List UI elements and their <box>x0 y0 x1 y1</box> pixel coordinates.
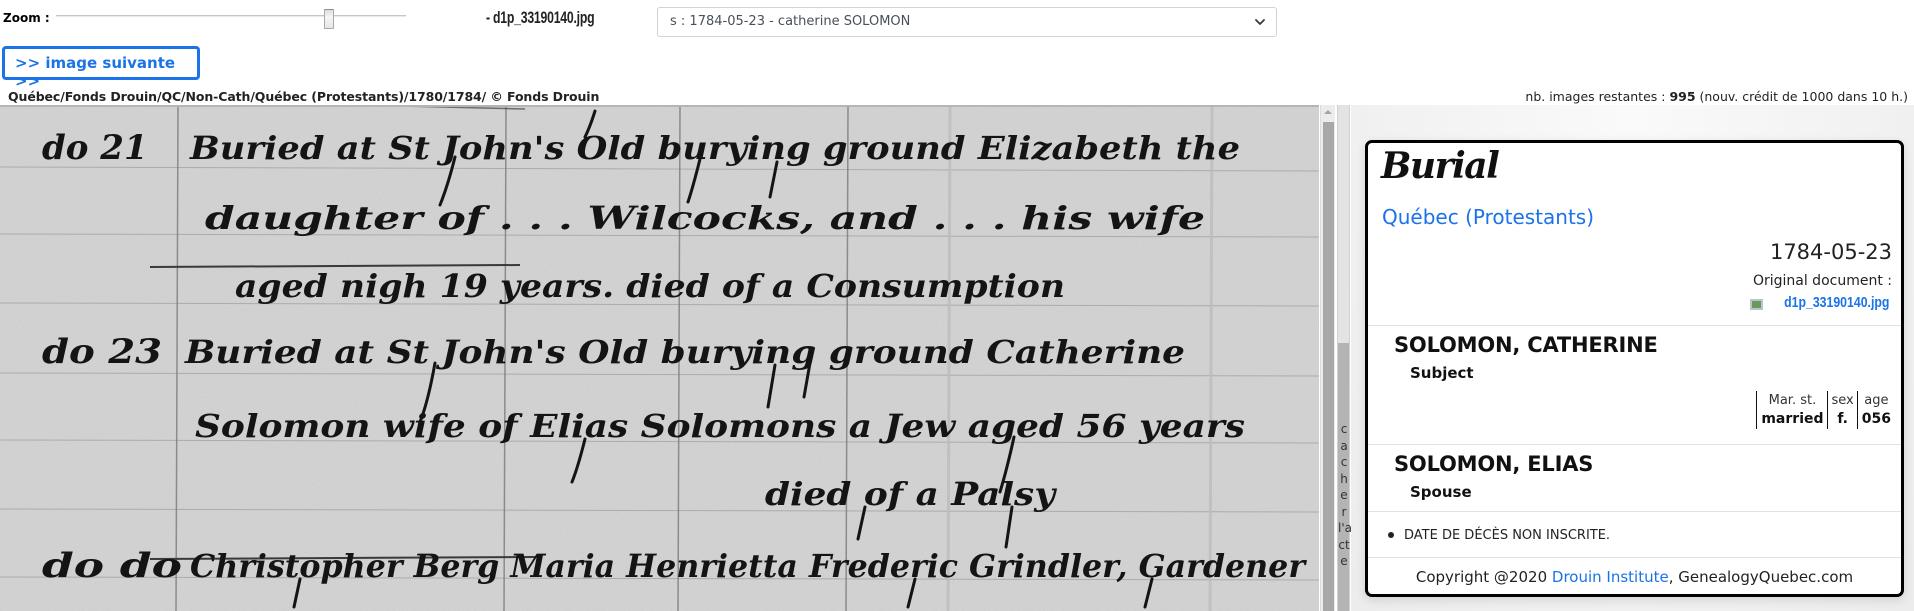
handwriting-line: aged nigh 19 years. died of a Consumptio… <box>235 267 1065 305</box>
note-text: DATE DE DÉCÈS NON INSCRITE. <box>1404 528 1610 543</box>
credits-remaining-count: 995 <box>1669 89 1695 104</box>
scroll-up-arrow-icon[interactable] <box>1324 110 1332 114</box>
copyright-prefix: Copyright @2020 <box>1416 568 1552 586</box>
handwriting-line: Buried at St John's Old burying ground E… <box>189 129 1240 167</box>
scanned-register-image: do 21 Buried at St John's Old burying gr… <box>0 107 1319 611</box>
record-select-value: s : 1784-05-23 - catherine SOLOMON <box>670 14 910 29</box>
credits-prefix: nb. images restantes : <box>1525 89 1669 104</box>
handwriting-margin: do do <box>42 546 182 586</box>
original-document-link[interactable]: d1p_33190140.jpg <box>1784 294 1889 311</box>
divider <box>1368 444 1901 445</box>
divider <box>1368 325 1901 326</box>
scrollbar-thumb[interactable] <box>1323 122 1334 611</box>
hide-act-toggle[interactable]: cacher l'acte <box>1337 105 1350 611</box>
handwriting-line: died of a Palsy <box>765 475 1058 513</box>
handwriting-line: daughter of . . . Wilcocks, and . . . hi… <box>205 199 1205 237</box>
hide-act-label: cacher l'acte <box>1338 421 1350 570</box>
age-value: 056 <box>1857 408 1894 429</box>
spouse-role: Spouse <box>1410 483 1472 501</box>
divider <box>1368 511 1901 512</box>
breadcrumb: Québec/Fonds Drouin/QC/Non-Cath/Québec (… <box>8 89 599 104</box>
image-vertical-scrollbar[interactable] <box>1320 105 1335 611</box>
act-date: 1784-05-23 <box>1770 240 1892 264</box>
handwriting-margin: do 23 <box>42 332 162 372</box>
subject-role: Subject <box>1410 364 1474 382</box>
age-header: age <box>1857 391 1894 408</box>
handwriting-line: Buried at St John's Old burying ground C… <box>184 333 1185 371</box>
zoom-slider[interactable] <box>56 9 406 29</box>
zoom-slider-track[interactable] <box>56 15 406 17</box>
sex-value: f. <box>1827 408 1857 429</box>
handwriting-line: Solomon wife of Elias Solomons a Jew age… <box>195 407 1245 445</box>
handwriting-line: Christopher Berg Maria Henrietta Frederi… <box>190 547 1307 585</box>
zoom-label: Zoom : <box>3 11 50 25</box>
zoom-slider-thumb[interactable] <box>324 9 334 29</box>
original-document-label: Original document : <box>1753 273 1892 289</box>
copyright-suffix: , GenealogyQuebec.com <box>1669 568 1853 586</box>
marital-status-header: Mar. st. <box>1757 391 1827 408</box>
spouse-name: SOLOMON, ELIAS <box>1394 452 1593 476</box>
divider <box>1368 557 1901 558</box>
subject-name: SOLOMON, CATHERINE <box>1394 333 1658 357</box>
copyright-footer: Copyright @2020 Drouin Institute, Geneal… <box>1368 568 1901 586</box>
credits-suffix: (nouv. crédit de 1000 dans 10 h.) <box>1696 89 1908 104</box>
remaining-credits: nb. images restantes : 995 (nouv. crédit… <box>1525 89 1908 104</box>
note-item: DATE DE DÉCÈS NON INSCRITE. <box>1388 528 1610 543</box>
parish-link[interactable]: Québec (Protestants) <box>1382 205 1594 229</box>
image-file-icon <box>1750 299 1763 310</box>
act-details-panel: Burial Québec (Protestants) 1784-05-23 O… <box>1351 105 1914 611</box>
marital-status-value: married <box>1757 408 1827 429</box>
sex-header: sex <box>1827 391 1857 408</box>
image-file-title: - d1p_33190140.jpg <box>486 8 594 28</box>
document-image-viewer[interactable]: do 21 Buried at St John's Old burying gr… <box>0 105 1319 611</box>
record-type-title: Burial <box>1381 145 1498 187</box>
subject-attributes-table: Mar. st. sex age married f. 056 <box>1756 391 1894 429</box>
chevron-down-icon <box>1254 16 1266 28</box>
drouin-institute-link[interactable]: Drouin Institute <box>1552 568 1669 586</box>
record-select[interactable]: s : 1784-05-23 - catherine SOLOMON <box>657 7 1277 37</box>
burial-record-card: Burial Québec (Protestants) 1784-05-23 O… <box>1365 140 1904 597</box>
next-image-button[interactable]: >> image suivante >> <box>2 46 200 80</box>
handwriting-margin: do 21 <box>42 128 148 168</box>
bullet-icon <box>1388 532 1394 538</box>
